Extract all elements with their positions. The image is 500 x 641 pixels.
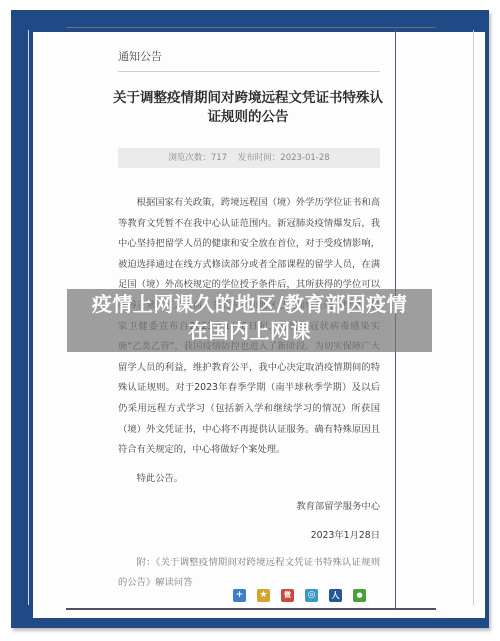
article-body: 根据国家有关政策，跨境远程国（境）外学历学位证书和高等教育文凭暂不在我中心认证范…	[118, 193, 380, 594]
page-left-edge	[28, 30, 29, 605]
caption-line-1: 疫情上网课久的地区/教育部因疫情	[67, 291, 432, 318]
views-info: 浏览次数：717	[168, 153, 227, 163]
breadcrumb-divider	[118, 71, 380, 72]
plus-share-icon[interactable]: +	[233, 589, 246, 602]
qzone-icon[interactable]: ★	[257, 589, 270, 602]
frame-bottom-rule	[66, 608, 436, 610]
caption-line-2: 在国内上网课	[67, 318, 432, 345]
renren-icon[interactable]: 人	[329, 589, 342, 602]
views-label: 浏览次数：	[168, 153, 211, 163]
breadcrumb[interactable]: 通知公告	[118, 48, 162, 64]
weibo-icon[interactable]: 微	[281, 589, 294, 602]
sign-date: 2023年1月28日	[118, 526, 380, 547]
frame-top-rule	[66, 27, 436, 28]
publish-label: 发布时间：	[238, 153, 281, 163]
page-title: 关于调整疫情期间对跨境远程文凭证书特殊认证规则的公告	[112, 89, 384, 127]
attachment-link[interactable]: 附：《关于调整疫情期间对跨境远程文凭证书特殊认证规则的公告》解读问答	[118, 553, 380, 594]
wechat-icon[interactable]: ●	[353, 589, 366, 602]
page-right-edge	[473, 30, 474, 605]
caption-overlay-text: 疫情上网课久的地区/教育部因疫情 在国内上网课	[67, 291, 432, 345]
signature: 教育部留学服务中心	[118, 497, 380, 518]
article-meta-bar: 浏览次数：717 发布时间：2023-01-28	[118, 148, 380, 168]
closing-text: 特此公告。	[118, 469, 380, 490]
publish-date: 2023-01-28	[280, 153, 329, 163]
views-count: 717	[211, 153, 227, 163]
tencent-weibo-icon[interactable]: ◎	[305, 589, 318, 602]
share-toolbar: + ★ 微 ◎ 人 ●	[233, 589, 366, 602]
publish-info: 发布时间：2023-01-28	[238, 153, 330, 163]
